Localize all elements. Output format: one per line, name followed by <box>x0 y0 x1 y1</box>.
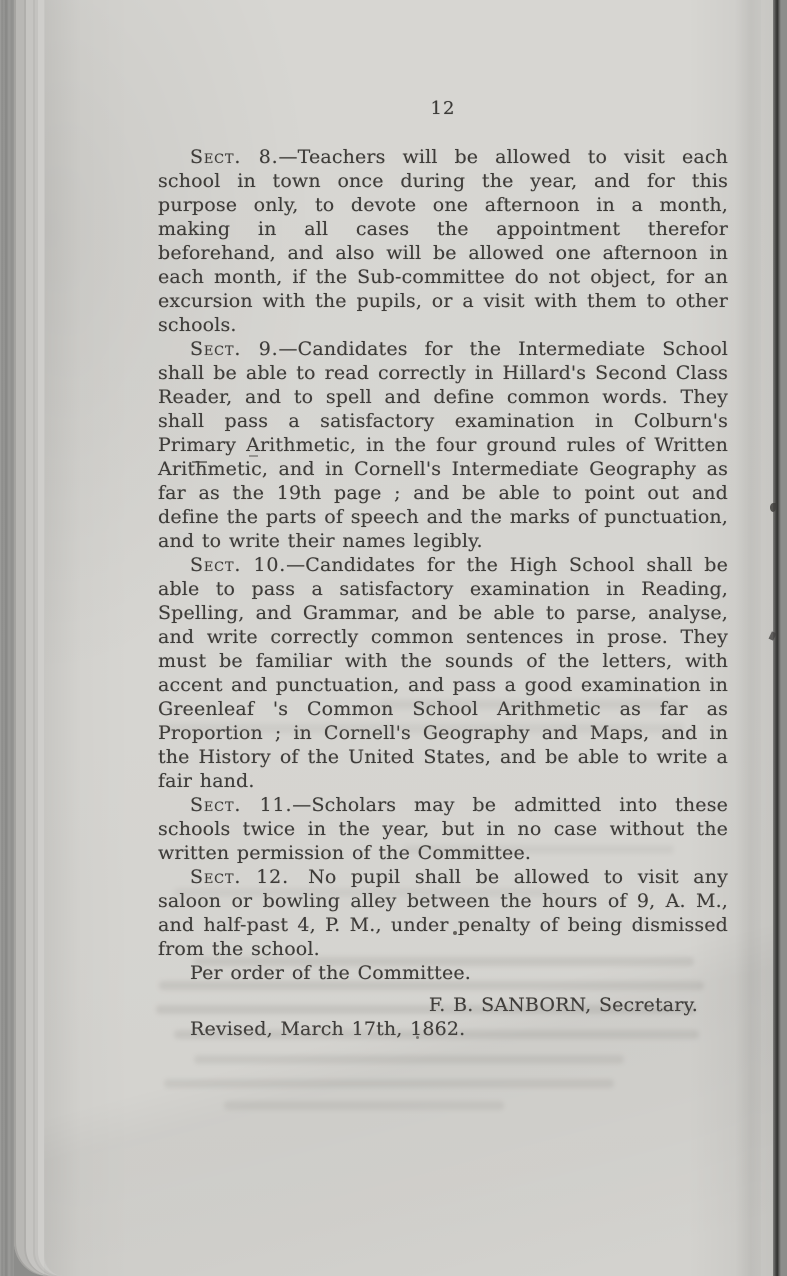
section-paragraph-9: Sect. 9.—Candidates for the Intermediate… <box>158 337 728 553</box>
section-paragraph-11: Sect. 11.—Scholars may be admitted into … <box>158 793 728 865</box>
bleed-through-artifact <box>164 1079 614 1088</box>
section-label: Sect. 11. <box>190 794 292 816</box>
section-separator: — <box>278 146 297 168</box>
page-number: 12 <box>158 98 728 119</box>
section-paragraph-10: Sect. 10.—Candidates for the High School… <box>158 553 728 793</box>
book-spine-edge <box>0 0 14 1276</box>
section-text: Teachers will be allowed to visit each s… <box>158 146 728 336</box>
scan-overline-artifact <box>192 461 207 463</box>
section-text: Candidates for the High School shall be … <box>158 554 728 792</box>
section-separator: — <box>286 554 305 576</box>
ink-speck-artifact <box>453 931 457 935</box>
section-label: Sect. 9. <box>190 338 279 360</box>
section-separator <box>289 866 308 888</box>
section-paragraph-12: Sect. 12. No pupil shall be allowed to v… <box>158 865 728 961</box>
section-label: Sect. 10. <box>190 554 286 576</box>
bleed-through-artifact <box>224 1101 504 1110</box>
section-label: Sect. 12. <box>190 866 289 888</box>
page-fold-shadow <box>735 0 761 1276</box>
document-body: Sect. 8.—Teachers will be allowed to vis… <box>158 145 728 1041</box>
signature-line: F. B. SANBORN, Secretary. <box>158 993 728 1017</box>
section-separator: — <box>279 338 298 360</box>
section-paragraph-8: Sect. 8.—Teachers will be allowed to vis… <box>158 145 728 337</box>
scanned-book-page: 12 Sect. 8.—Teachers will be allowed to … <box>0 0 787 1276</box>
bleed-through-artifact <box>194 1055 624 1064</box>
section-text: Candidates for the Intermediate School s… <box>158 338 728 552</box>
edge-mark-artifact <box>770 503 776 512</box>
revision-note: Revised, March 17th, 1862. <box>158 1017 728 1041</box>
section-separator: — <box>292 794 311 816</box>
scan-underscore-artifact <box>249 455 258 457</box>
closing-line: Per order of the Committee. <box>158 961 728 985</box>
ink-speck-artifact <box>416 1036 419 1039</box>
section-label: Sect. 8. <box>190 146 278 168</box>
page-paper: 12 Sect. 8.—Teachers will be allowed to … <box>44 0 775 1276</box>
